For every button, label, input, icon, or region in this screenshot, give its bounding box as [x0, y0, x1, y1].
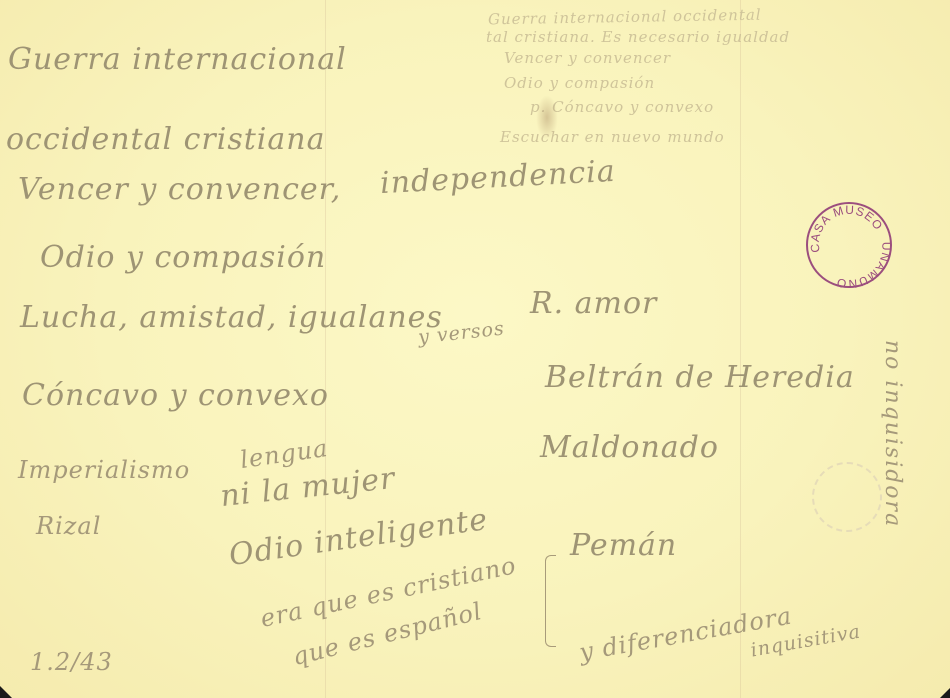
showthrough-line: Vencer y convencer: [504, 49, 671, 67]
name-entry: Beltrán de Heredia: [545, 360, 855, 395]
note-vertical-margin: no inquisidora: [880, 340, 905, 528]
showthrough-line: Odio y compasión: [504, 74, 655, 92]
note-line: Vencer y convencer,: [18, 172, 341, 207]
svg-text:CASA MUSEO: CASA MUSEO: [808, 203, 886, 253]
note-line: Imperialismo: [18, 456, 190, 484]
stamp-ring-icon: CASA MUSEO UNAMUNO: [806, 202, 892, 288]
svg-text:UNAMUNO: UNAMUNO: [835, 242, 892, 288]
page-corner: [940, 688, 950, 698]
page-corner: [0, 686, 12, 698]
museum-stamp: CASA MUSEO UNAMUNO: [806, 202, 892, 288]
faint-stamp-impression: [812, 462, 882, 532]
bracket-mark: [545, 555, 556, 647]
fold-line: [740, 0, 741, 698]
note-insert: independencia: [379, 154, 616, 201]
note-line: Odio y compasión: [40, 240, 326, 275]
note-line: Lucha, amistad, igualanes: [20, 300, 443, 335]
note-line: Rizal: [36, 512, 101, 540]
name-entry: R. amor: [530, 286, 657, 321]
showthrough-line: Escuchar en nuevo mundo: [500, 128, 725, 146]
note-line: Cóncavo y convexo: [22, 378, 329, 413]
pencil-smudge: [536, 95, 558, 140]
note-line: Guerra internacional: [8, 42, 347, 77]
name-entry: Maldonado: [540, 430, 719, 465]
document-page: Guerra internacional occidental tal cris…: [0, 0, 950, 698]
showthrough-line: tal cristiana. Es necesario igualdad: [486, 28, 790, 46]
note-line: occidental cristiana: [6, 122, 326, 157]
name-entry: Pemán: [570, 528, 677, 563]
note-insert: Odio inteligente: [227, 502, 490, 573]
showthrough-line: Guerra internacional occidental: [488, 6, 762, 29]
date: 1.2/43: [30, 648, 113, 676]
